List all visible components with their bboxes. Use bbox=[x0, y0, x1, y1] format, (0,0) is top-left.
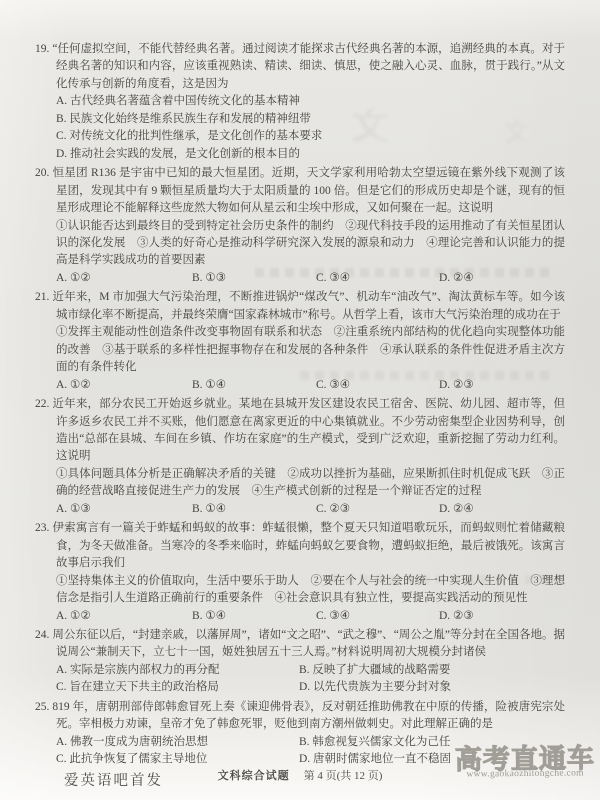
question-stem-text: 伊索寓言有一篇关于蚱蜢和蚂蚁的故事：蚱蜢很懒，整个夏天只知道唱歌玩乐，而蚂蚁则忙… bbox=[52, 522, 565, 569]
choice-c: C. ③④ bbox=[316, 608, 439, 625]
question-stem: 20.恒星团 R136 是宇宙中已知的最大恒星团。近期，天文学家利用哈勃太空望远… bbox=[35, 165, 565, 217]
question-stem: 19.“任何虚拟空间，不能代替经典名著。通过阅读才能探求古代经典名著的本源，追溯… bbox=[35, 41, 565, 93]
option-c: C. 对传统文化的批判性继承，是文化创作的基本要求 bbox=[35, 128, 565, 145]
question-number: 22. bbox=[35, 398, 49, 410]
choice-d: D. ②③ bbox=[439, 377, 565, 394]
exam-paper-page: 文 文 19.“任何虚拟空间，不能代替经典名著。通过阅读才能探求古代经典名著的本… bbox=[0, 0, 600, 800]
question-stem-text: 近年来，部分农民工开始返乡就业。某地在县城开发区建设农民工宿舍、医院、幼儿园、超… bbox=[52, 398, 565, 462]
doc-title: 文科综合试题 bbox=[218, 770, 290, 782]
publisher-stamp: 爱英语吧首发 bbox=[64, 769, 163, 790]
question-24: 24.周公东征以后，“封建亲戚，以藩屏周”，诸如“文之昭”、“武之穆”、“周公之… bbox=[35, 627, 565, 697]
choice-a: A. 佛教一度成为唐朝统治思想 bbox=[56, 734, 299, 751]
watermark: 高考直通车 www.gaokaozhitongche.com bbox=[450, 745, 600, 780]
choice-row: A. ①② B. ①④ C. ③④ D. ②③ bbox=[35, 377, 565, 394]
question-stem-text: 恒星团 R136 是宇宙中已知的最大恒星团。近期，天文学家利用哈勃太空望远镜在紫… bbox=[52, 167, 565, 214]
choice-row: A. ①② B. ①④ C. ③④ D. ②③ bbox=[35, 608, 565, 625]
choice-a: A. ①③ bbox=[56, 501, 192, 518]
choice-c: C. ③④ bbox=[316, 377, 439, 394]
choice-b: B. ①③ bbox=[192, 270, 316, 287]
choice-c: C. ②③ bbox=[316, 501, 439, 518]
choice-d: D. ②③ bbox=[439, 608, 565, 625]
choice-d: D. ②④ bbox=[439, 270, 565, 287]
question-stem: 24.周公东征以后，“封建亲戚，以藩屏周”，诸如“文之昭”、“武之穆”、“周公之… bbox=[35, 627, 565, 662]
question-23: 23.伊索寓言有一篇关于蚱蜢和蚂蚁的故事：蚱蜢很懒，整个夏天只知道唱歌玩乐，而蚂… bbox=[35, 520, 565, 625]
question-number: 23. bbox=[35, 522, 49, 534]
choice-row: A. ①② B. ①③ C. ③④ D. ②④ bbox=[35, 270, 565, 287]
question-stem: 25.819 年，唐朝刑部侍郎韩愈冒死上奏《谏迎佛骨表》，反对朝廷推助佛教在中原… bbox=[35, 699, 565, 734]
question-22: 22.近年来，部分农民工开始返乡就业。某地在县城开发区建设农民工宿舍、医院、幼儿… bbox=[35, 396, 565, 518]
question-stem: 21.近年来，M 市加强大气污染治理，不断推进锅炉“煤改气”、机动车“油改气”、… bbox=[35, 289, 565, 324]
question-number: 25. bbox=[35, 701, 49, 713]
numbered-statements: ①发挥主观能动性创造条件改变事物固有联系和状态 ②注重系统内部结构的优化趋向实现… bbox=[35, 324, 565, 376]
choice-a: A. ①② bbox=[56, 377, 192, 394]
choice-grid: A. 实际是宗族内部权力的再分配 B. 反映了扩大疆域的战略需要 C. 旨在建立… bbox=[35, 662, 565, 697]
question-stem: 22.近年来，部分农民工开始返乡就业。某地在县城开发区建设农民工宿舍、医院、幼儿… bbox=[35, 396, 565, 466]
numbered-statements: ①具体问题具体分析是正确解决矛盾的关键 ②成功以挫折为基础，应果断抓住时机促成飞… bbox=[35, 466, 565, 501]
choice-d: D. ②④ bbox=[439, 501, 565, 518]
question-number: 19. bbox=[35, 43, 49, 55]
choice-a: A. ①② bbox=[56, 608, 192, 625]
watermark-url: www.gaokaozhitongche.com bbox=[450, 768, 600, 780]
choice-b: B. ①④ bbox=[192, 608, 316, 625]
choice-row: A. ①③ B. ①④ C. ②③ D. ②④ bbox=[35, 501, 565, 518]
question-20: 20.恒星团 R136 是宇宙中已知的最大恒星团。近期，天文学家利用哈勃太空望远… bbox=[35, 165, 565, 287]
question-19: 19.“任何虚拟空间，不能代替经典名著。通过阅读才能探求古代经典名著的本源，追溯… bbox=[35, 41, 565, 163]
choice-c: C. ③④ bbox=[316, 270, 439, 287]
question-stem-text: 819 年，唐朝刑部侍郎韩愈冒死上奏《谏迎佛骨表》，反对朝廷推助佛教在中原的传播… bbox=[52, 701, 565, 730]
option-a: A. 古代经典名著蕴含着中国传统文化的基本精神 bbox=[35, 93, 565, 110]
question-number: 21. bbox=[35, 291, 49, 303]
numbered-statements: ①坚持集体主义的价值取向，生活中要乐于助人 ②要在个人与社会的统一中实现人生价值… bbox=[35, 573, 565, 608]
choice-c: C. 旨在建立天下共主的政治格局 bbox=[56, 679, 299, 696]
choice-a: A. 实际是宗族内部权力的再分配 bbox=[56, 662, 299, 679]
choice-a: A. ①② bbox=[56, 270, 192, 287]
question-stem: 23.伊索寓言有一篇关于蚱蜢和蚂蚁的故事：蚱蜢很懒，整个夏天只知道唱歌玩乐，而蚂… bbox=[35, 520, 565, 572]
question-stem-text: “任何虚拟空间，不能代替经典名著。通过阅读才能探求古代经典名著的本源，追溯经典的… bbox=[52, 43, 565, 90]
question-number: 20. bbox=[35, 167, 49, 179]
choice-c: C. 此抗争恢复了儒家主导地位 bbox=[56, 751, 299, 768]
choice-b: B. ①④ bbox=[192, 501, 316, 518]
question-stem-text: 周公东征以后，“封建亲戚，以藩屏周”，诸如“文之昭”、“武之穆”、“周公之胤”等… bbox=[52, 629, 565, 658]
numbered-statements: ①认识能否达到最终目的受到特定社会历史条件的制约 ②现代科技手段的运用推动了有关… bbox=[35, 218, 565, 270]
choice-b: B. 反映了扩大疆域的战略需要 bbox=[299, 662, 565, 679]
page-number: 第 4 页(共 12 页) bbox=[304, 770, 383, 782]
question-stem-text: 近年来，M 市加强大气污染治理，不断推进锅炉“煤改气”、机动车“油改气”、淘汰黄… bbox=[52, 291, 565, 320]
question-number: 24. bbox=[35, 629, 49, 641]
question-21: 21.近年来，M 市加强大气污染治理，不断推进锅炉“煤改气”、机动车“油改气”、… bbox=[35, 289, 565, 394]
choice-d: D. 以先代贵族为主要分封对象 bbox=[299, 679, 565, 696]
option-d: D. 推动社会实践的发展，是文化创新的根本目的 bbox=[35, 146, 565, 163]
questions-area: 19.“任何虚拟空间，不能代替经典名著。通过阅读才能探求古代经典名著的本源，追溯… bbox=[35, 41, 565, 771]
option-b: B. 民族文化始终是维系民族生存和发展的精神纽带 bbox=[35, 111, 565, 128]
choice-b: B. ①④ bbox=[192, 377, 316, 394]
